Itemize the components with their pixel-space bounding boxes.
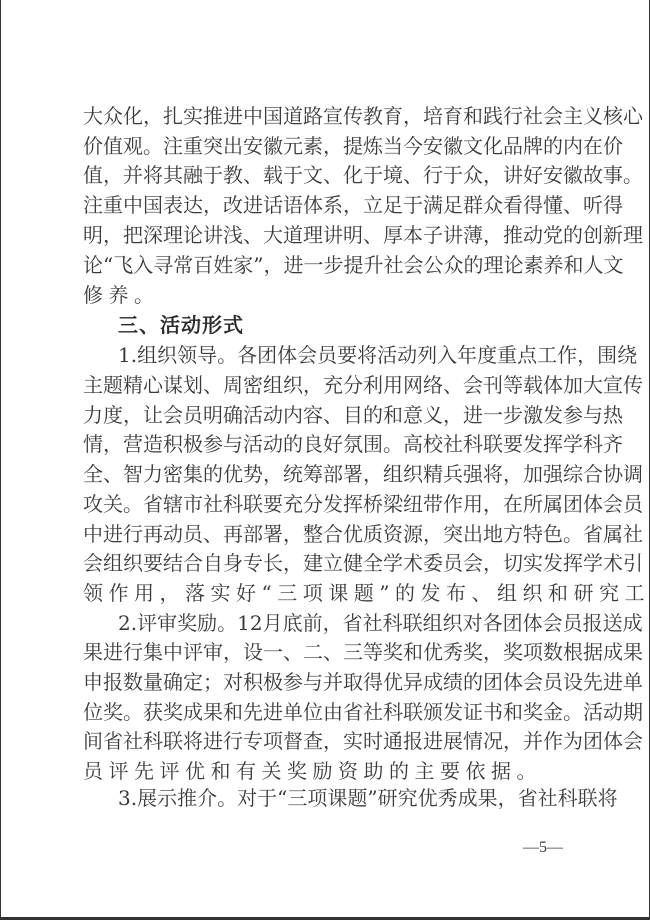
paragraph-line: 全、智力密集的优势，统筹部署，组织精兵强将，加强综合协调 <box>83 459 573 489</box>
paragraph-line: 1.组织领导。各团体会员要将活动列入年度重点工作，围绕 <box>118 340 573 370</box>
paragraph-line: 论“飞入寻常百姓家”，进一步提升社会公众的理论素养和人文 <box>83 250 573 280</box>
paragraph-line: 修养。 <box>83 280 573 310</box>
paragraph-line: 位奖。获奖成果和先进单位由省社科联颁发证书和奖金。活动期 <box>83 697 573 727</box>
paragraph-line: 价值观。注重突出安徽元素，提炼当今安徽文化品牌的内在价 <box>83 131 573 161</box>
section-heading: 三、活动形式 <box>118 310 244 340</box>
paragraph-line: 攻关。省辖市社科联要充分发挥桥梁纽带作用，在所属团体会员 <box>83 489 573 519</box>
paragraph-line: 果进行集中评审，设一、二、三等奖和优秀奖，奖项数根据成果 <box>83 637 573 667</box>
paragraph-line: 会组织要结合自身专长，建立健全学术委员会，切实发挥学术引 <box>83 548 573 578</box>
paragraph-line: 申报数量确定；对积极参与并取得优异成绩的团体会员设先进单 <box>83 667 573 697</box>
paragraph-line: 情，营造积极参与活动的良好氛围。高校社科联要发挥学科齐 <box>83 429 573 459</box>
paragraph-line: 3.展示推介。对于“三项课题”研究优秀成果，省社科联将 <box>118 783 573 813</box>
paragraph-line: 力度，让会员明确活动内容、目的和意义，进一步激发参与热 <box>83 400 573 430</box>
paragraph-line: 中进行再动员、再部署，整合优质资源，突出地方特色。省属社 <box>83 519 573 549</box>
page-number: —5— <box>523 836 563 860</box>
paragraph-line: 明，把深理论讲浅、大道理讲明、厚本子讲薄，推动党的创新理 <box>83 220 573 250</box>
paragraph-line: 值，并将其融于教、载于文、化于境、行于众，讲好安徽故事。 <box>83 160 573 190</box>
paragraph-line: 大众化，扎实推进中国道路宣传教育，培育和践行社会主义核心 <box>83 101 573 131</box>
paragraph-line: 注重中国表达，改进话语体系，立足于满足群众看得懂、听得 <box>83 190 573 220</box>
paragraph-line: 主题精心谋划、周密组织，充分利用网络、会刊等载体加大宣传 <box>83 370 573 400</box>
paragraph-line: 间省社科联将进行专项督查，实时通报进展情况，并作为团体会 <box>83 726 573 756</box>
paragraph-line: 2.评审奖励。12月底前，省社科联组织对各团体会员报送成 <box>118 608 573 638</box>
paragraph-line: 领作用，落实好“三项课题”的发布、组织和研究工作。 <box>83 578 573 608</box>
paragraph-line: 员评先评优和有关奖励资助的主要依据。 <box>83 756 573 786</box>
document-page: 大众化，扎实推进中国道路宣传教育，培育和践行社会主义核心 价值观。注重突出安徽元… <box>0 0 650 920</box>
